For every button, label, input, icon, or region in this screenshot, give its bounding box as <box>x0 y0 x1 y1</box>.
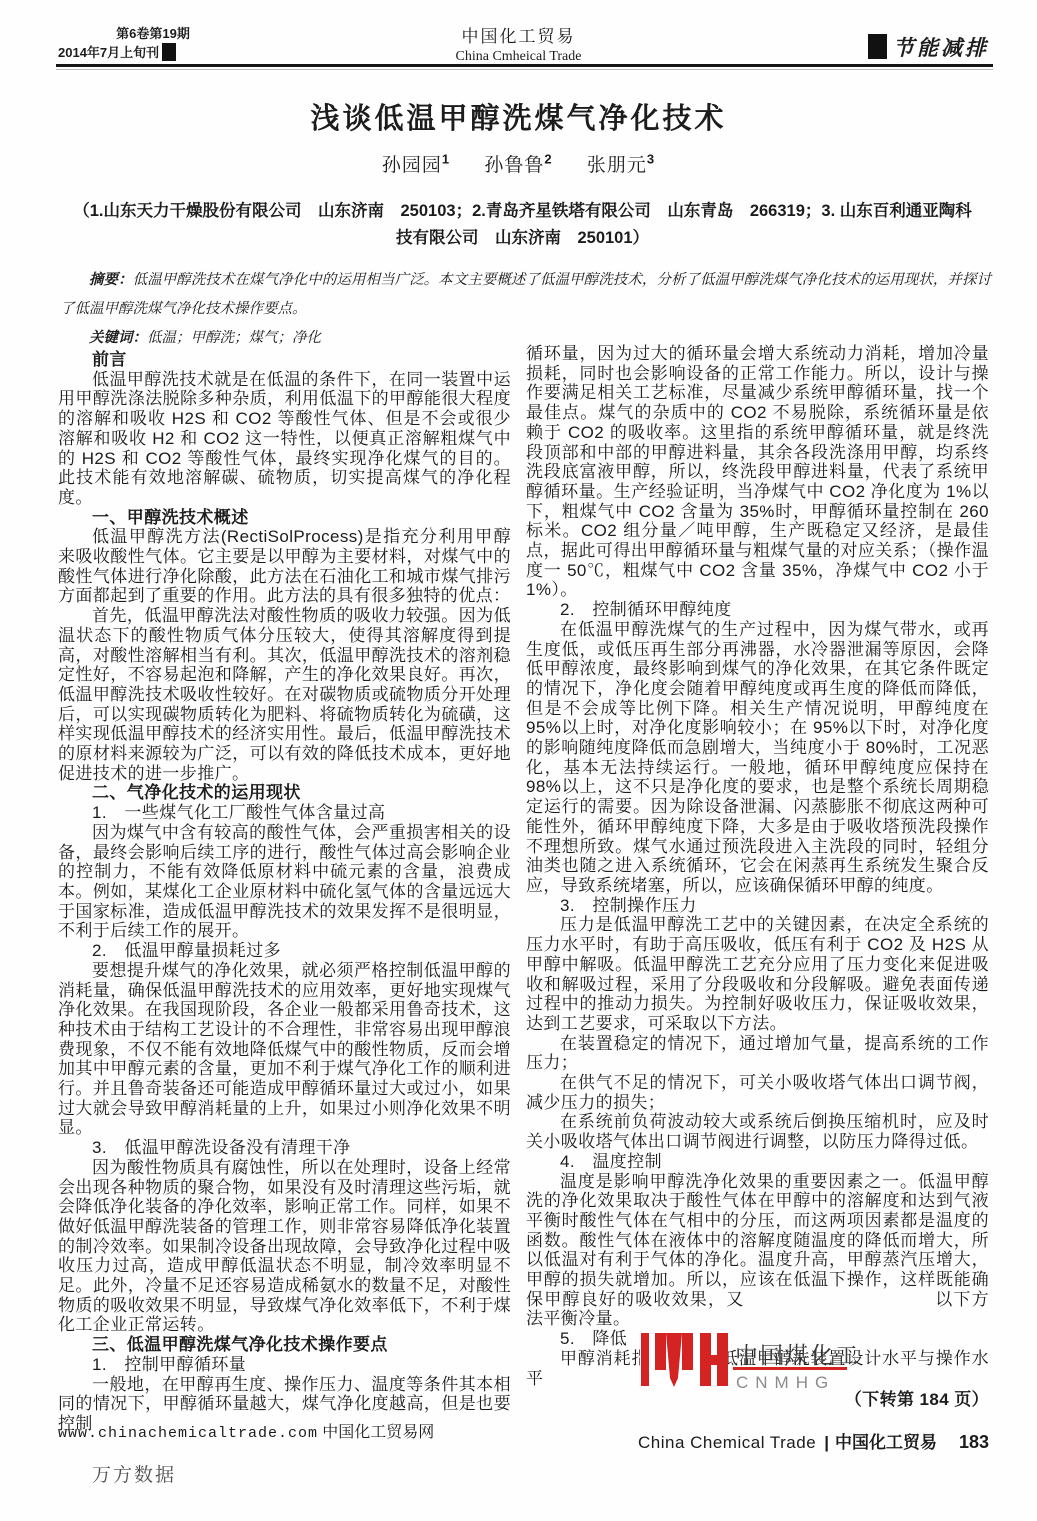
sub-heading: 3. 控制操作压力 <box>526 896 989 916</box>
section-heading: 前言 <box>58 350 511 370</box>
section-heading: 二、气净化技术的运用现状 <box>58 783 511 803</box>
journal-page: 第6卷第19期 2014年7月上旬刊 中国化工贸易 China Cmheical… <box>0 0 1037 1521</box>
body-paragraph: 因为酸性物质具有腐蚀性，所以在处理时，设备上经常会出现各种物质的聚合物，如果没有… <box>58 1158 511 1335</box>
abstract-label: 摘要： <box>89 272 133 288</box>
author-superscript: 1 <box>442 152 450 167</box>
authors-line: 孙园园1 孙鲁鲁2 张朋元3 <box>0 150 1037 177</box>
watermark-underline <box>733 1367 847 1370</box>
author: 张朋元3 <box>587 155 655 176</box>
author-name: 孙鲁鲁 <box>484 155 544 176</box>
sub-heading: 3. 低温甲醇洗设备没有清理干净 <box>58 1138 511 1158</box>
right-column: 循环量，因为过大的循环量会增大系统动力消耗，增加冷量损耗，同时也会影响设备的正常… <box>526 344 989 1410</box>
affiliation: （1.山东天力干燥股份有限公司 山东济南 250103；2.青岛齐星铁塔有限公司… <box>58 198 987 252</box>
sub-heading: 2. 低温甲醇量损耗过多 <box>58 941 511 961</box>
author-name: 孙园园 <box>382 155 442 176</box>
body-paragraph: 温度是影响甲醇洗净化效果的重要因素之一。低温甲醇洗的净化效果取决于酸性气体在甲醇… <box>526 1172 989 1330</box>
body-paragraph: 低温甲醇洗技术就是在低温的条件下，在同一装置中运用甲醇洗涤法脱除多种杂质，利用低… <box>58 370 511 508</box>
affiliation-line: （1.山东天力干燥股份有限公司 山东济南 250103；2.青岛齐星铁塔有限公司… <box>58 198 987 225</box>
left-column: 前言低温甲醇洗技术就是在低温的条件下，在同一装置中运用甲醇洗涤法脱除多种杂质，利… <box>58 350 511 1434</box>
sub-heading: 1. 控制甲醇循环量 <box>58 1355 511 1375</box>
header-rule-shadow <box>56 69 993 70</box>
author: 孙园园1 <box>382 155 450 176</box>
author-superscript: 3 <box>647 152 655 167</box>
paragraph-text: 温度是影响甲醇洗净化效果的重要因素之一。低温甲醇洗的净化效果取决于酸性气体在甲醇… <box>526 1172 989 1309</box>
footer-journal-en: China Chemical Trade <box>638 1433 816 1452</box>
section-heading: 三、低温甲醇洗煤气净化技术操作要点 <box>58 1335 511 1355</box>
watermark-title: 中国煤化工 <box>735 1337 860 1370</box>
badge-square-icon <box>868 34 887 59</box>
page-number: 183 <box>959 1432 989 1452</box>
body-paragraph: 在系统前负荷波动较大或系统后倒换压缩机时，应及时关小吸收塔气体出口调节阀进行调整… <box>526 1112 989 1151</box>
header-rule <box>56 64 993 67</box>
sub-heading: 1. 一些煤气化工厂酸性气体含量过高 <box>58 803 511 823</box>
sub-heading: 4. 温度控制 <box>526 1152 989 1172</box>
body-paragraph: 在装置稳定的情况下，通过增加气量，提高系统的工作压力； <box>526 1034 989 1073</box>
body-paragraph: 在供气不足的情况下，可关小吸收塔气体出口调节阀，减少压力的损失； <box>526 1073 989 1112</box>
body-paragraph: 因为煤气中含有较高的酸性气体，会严重损害相关的设备，最终会影响后续工序的进行，酸… <box>58 823 511 941</box>
footer-journal-cn: 中国化工贸易 <box>835 1433 937 1452</box>
footer-right: China Chemical Trade|中国化工贸易183 <box>638 1428 989 1453</box>
footer-left: www.chinachemicaltrade.com 中国化工贸易网 <box>58 1419 434 1442</box>
body-paragraph: 要想提升煤气的净化效果，就必须严格控制低温甲醇的消耗量，确保低温甲醇洗技术的应用… <box>58 961 511 1138</box>
watermark: 中国煤化工 CNMHG <box>640 1331 970 1395</box>
cnmhg-logo-icon <box>640 1331 728 1388</box>
section-badge-text: 节能减排 <box>893 37 989 60</box>
keywords-label: 关键词： <box>89 330 147 346</box>
section-heading: 一、甲醇洗技术概述 <box>58 508 511 528</box>
footer-url: www.chinachemicaltrade.com <box>58 1425 318 1442</box>
abstract-text: 低温甲醇洗技术在煤气净化中的运用相当广泛。本文主要概述了低温甲醇洗技术，分析了低… <box>60 272 991 317</box>
affiliation-line: 技有限公司 山东济南 250101） <box>58 225 987 252</box>
section-badge: 节能减排 <box>868 32 989 62</box>
footer-site-name: 中国化工贸易网 <box>322 1424 434 1441</box>
footer-separator: | <box>824 1433 829 1452</box>
abstract-paragraph: 摘要：低温甲醇洗技术在煤气净化中的运用相当广泛。本文主要概述了低温甲醇洗技术，分… <box>60 266 991 324</box>
watermark-subtitle: CNMHG <box>736 1373 835 1393</box>
body-paragraph: 在低温甲醇洗煤气的生产过程中，因为煤气带水，或再生度低，或低压再生部分再沸器，水… <box>526 620 989 896</box>
author-name: 张朋元 <box>587 155 647 176</box>
body-paragraph: 低温甲醇洗方法(RectiSolProcess)是指充分利用甲醇来吸收酸性气体。… <box>58 527 511 606</box>
author-superscript: 2 <box>544 152 552 167</box>
author: 孙鲁鲁2 <box>484 155 552 176</box>
watermark-gap <box>744 1304 934 1305</box>
keywords-text: 低温；甲醇洗；煤气；净化 <box>147 330 321 346</box>
article-title: 浅谈低温甲醇洗煤气净化技术 <box>0 96 1037 137</box>
body-paragraph: 循环量，因为过大的循环量会增大系统动力消耗，增加冷量损耗，同时也会影响设备的正常… <box>526 344 989 600</box>
body-paragraph: 首先，低温甲醇洗法对酸性物质的吸收力较强。因为低温状态下的酸性物质气体分压较大，… <box>58 606 511 783</box>
wanfang-scan-mark: 万方数据 <box>92 1460 176 1487</box>
body-paragraph: 压力是低温甲醇洗工艺中的关键因素，在决定全系统的压力水平时，有助于高压吸收，低压… <box>526 915 989 1033</box>
abstract-block: 摘要：低温甲醇洗技术在煤气净化中的运用相当广泛。本文主要概述了低温甲醇洗技术，分… <box>60 266 991 353</box>
sub-heading: 2. 控制循环甲醇纯度 <box>526 600 989 620</box>
